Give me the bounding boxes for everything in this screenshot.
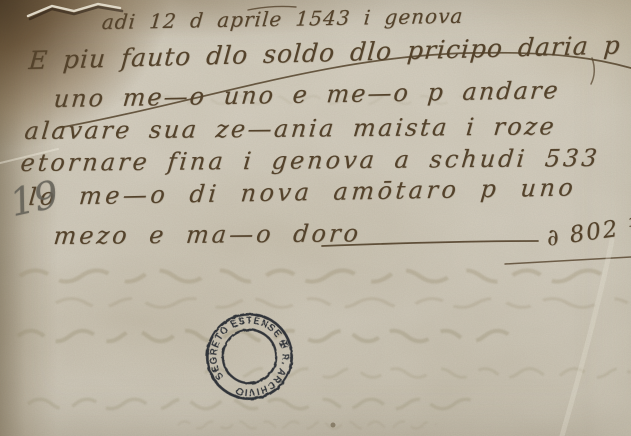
body-line-1: E piu fauto dlo soldo dlo pricipo daria … xyxy=(28,31,622,76)
body-line-5: lo me—o di nova amōtaro p uno xyxy=(28,173,578,211)
stamp-ring-text: SEGRETO ESTENSE ✠ R. ARCHIVIO xyxy=(203,310,296,403)
stamp-inner-circle xyxy=(219,326,279,386)
body-line-4: etornare fina i genova a schudi 533 xyxy=(19,144,601,177)
bleedthrough-line xyxy=(56,299,628,308)
bleedthrough-line xyxy=(20,270,604,281)
amount-underline xyxy=(505,257,631,264)
bleedthrough-line xyxy=(178,422,436,429)
body-line-3: alavare sua ze—ania maista i roze xyxy=(23,112,557,145)
date-line: adi 12 d aprile 1543 i genova xyxy=(101,4,465,34)
archive-stamp: SEGRETO ESTENSE ✠ R. ARCHIVIO xyxy=(195,302,305,412)
margin-number-pencil: 19 xyxy=(6,172,62,225)
body-line-6: mezo e ma—o doro xyxy=(52,219,362,250)
ink-speck xyxy=(331,423,336,428)
descender-stroke xyxy=(591,58,594,84)
manuscript-page: adi 12 d aprile 1543 i genova E piu faut… xyxy=(0,0,631,436)
body-line-2: uno me—o uno e me—o p andare xyxy=(53,76,561,113)
amount-value: ∂ 802 ½ xyxy=(545,211,631,252)
